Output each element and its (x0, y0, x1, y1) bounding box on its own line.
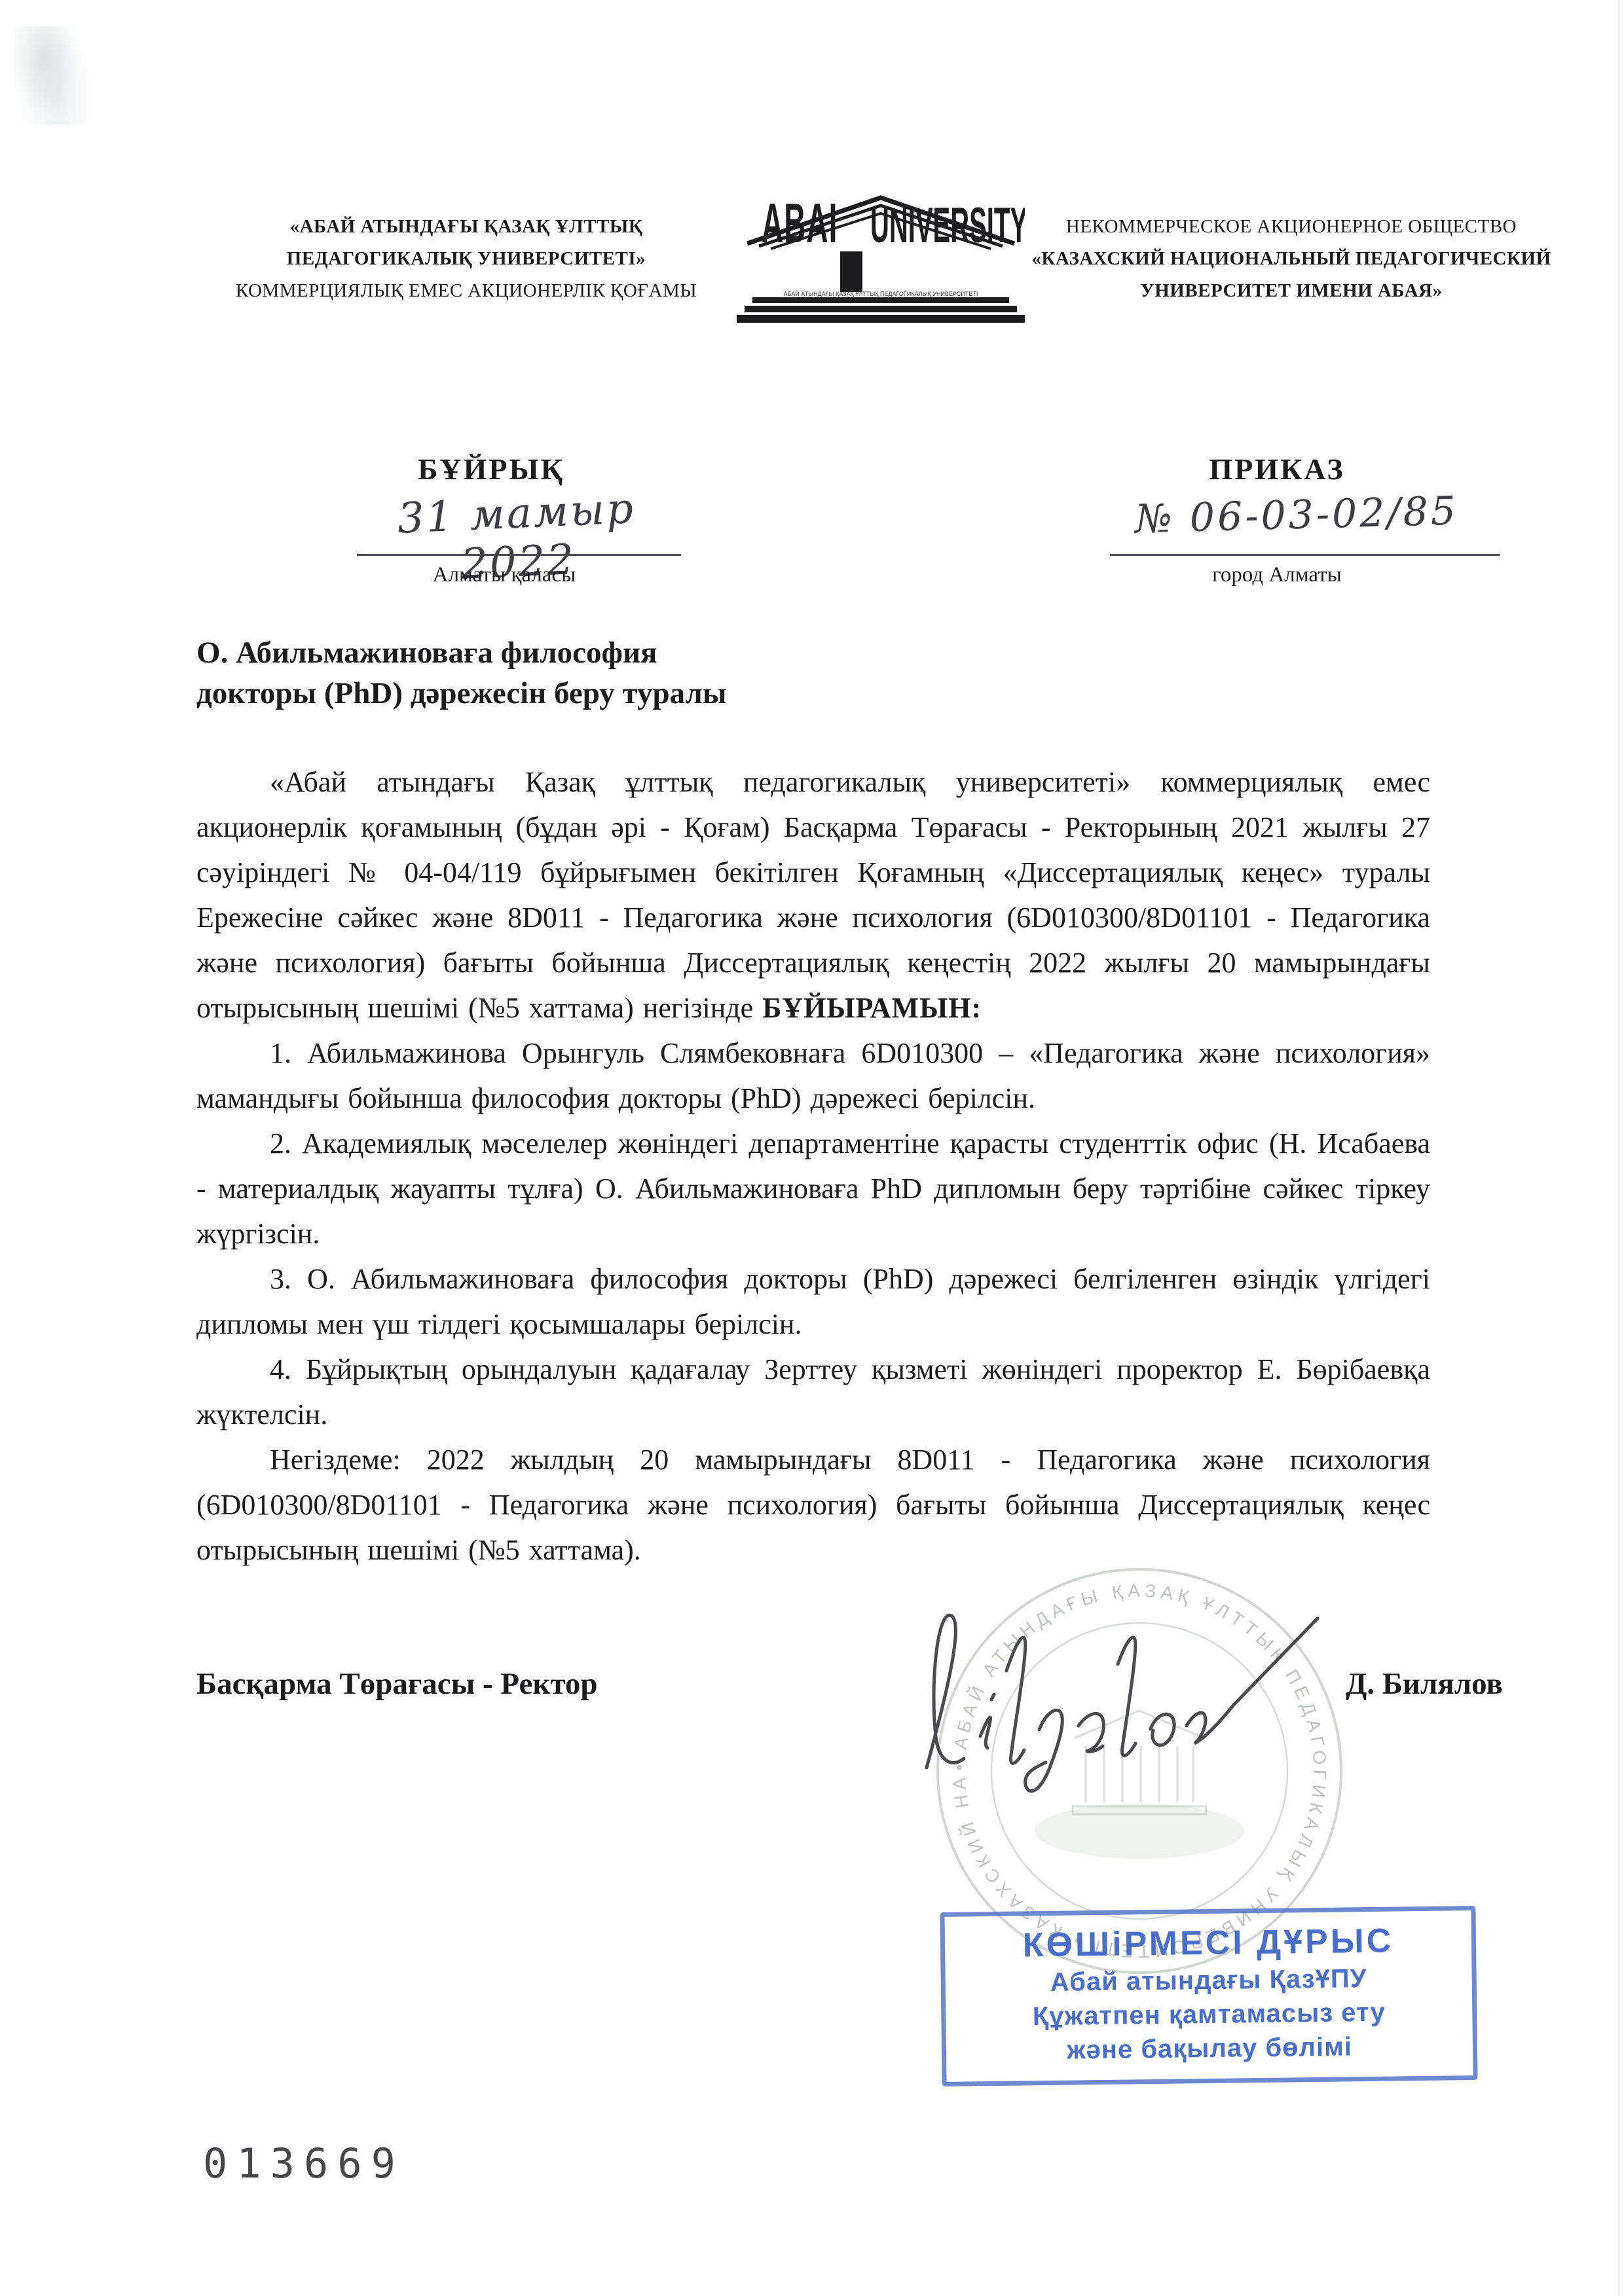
subject-line2: докторы (PhD) дәрежесін беру туралы (196, 673, 1113, 714)
certification-stamp: КӨШіРМЕСІ ДҰРЫС Абай атындағы ҚазҰПУ Құж… (940, 1906, 1477, 2086)
order-verb: БҰЙЫРАМЫН: (762, 992, 982, 1024)
logo-subtext: АБАЙ АТЫНДАҒЫ ҚАЗАҚ ҰЛТТЫҚ ПЕДАГОГИКАЛЫҚ… (784, 290, 978, 297)
order-item-2: 2. Академиялық мәселелер жөніндегі депар… (196, 1121, 1430, 1256)
signature-icon (891, 1571, 1388, 1807)
stamp-line1: КӨШіРМЕСІ ДҰРЫС (945, 1920, 1472, 1967)
form-serial-number: 013669 (203, 2140, 405, 2187)
date-underline (357, 554, 681, 556)
org-kk-line1: «АБАЙ АТЫНДАҒЫ ҚАЗАҚ ҰЛТТЫҚ (191, 211, 741, 243)
scanned-order-document: «АБАЙ АТЫНДАҒЫ ҚАЗАҚ ҰЛТТЫҚ ПЕДАГОГИКАЛЫ… (0, 0, 1624, 2296)
signer-position: Басқарма Төрағасы - Ректор (196, 1666, 598, 1702)
org-name-kazakh: «АБАЙ АТЫНДАҒЫ ҚАЗАҚ ҰЛТТЫҚ ПЕДАГОГИКАЛЫ… (191, 211, 741, 307)
org-ru-line1: НЕКОММЕРЧЕСКОЕ АКЦИОНЕРНОЕ ОБЩЕСТВО (1029, 211, 1553, 243)
subject-line1: О. Абильмажиноваға философия (196, 632, 1113, 673)
org-name-russian: НЕКОММЕРЧЕСКОЕ АКЦИОНЕРНОЕ ОБЩЕСТВО «КАЗ… (1029, 211, 1553, 307)
logo-word-abai: ABAI (762, 192, 838, 255)
order-body: «Абай атындағы Қазақ ұлттық педагогикалы… (196, 759, 1430, 1573)
city-kazakh: Алматы қаласы (327, 563, 681, 587)
order-title-kazakh: БҰЙРЫҚ (327, 452, 655, 486)
preamble-paragraph: «Абай атындағы Қазақ ұлттық педагогикалы… (196, 759, 1430, 1030)
number-underline (1110, 554, 1500, 556)
org-ru-line2: «КАЗАХСКИЙ НАЦИОНАЛЬНЫЙ ПЕДАГОГИЧЕСКИЙ (1029, 243, 1553, 275)
city-russian: город Алматы (1113, 563, 1441, 587)
org-kk-line3: КОММЕРЦИЯЛЫҚ ЕМЕС АКЦИОНЕРЛІК ҚОҒАМЫ (191, 275, 741, 307)
scan-edge-shadow (1617, 0, 1620, 2296)
order-subject: О. Абильмажиноваға философия докторы (Ph… (196, 632, 1113, 714)
logo-word-university: UNIVERSITY (870, 197, 1025, 253)
org-kk-line2: ПЕДАГОГИКАЛЫҚ УНИВЕРСИТЕТІ» (191, 243, 741, 275)
order-item-3: 3. О. Абильмажиноваға философия докторы … (196, 1256, 1430, 1347)
university-logo-icon: ABAI UNIVERSITY АБАЙ АТЫНДАҒЫ ҚАЗАҚ ҰЛТТ… (737, 189, 1025, 333)
preamble-text: «Абай атындағы Қазақ ұлттық педагогикалы… (196, 766, 1430, 1024)
stamp-line4: және бақылау бөлімі (946, 2028, 1473, 2069)
org-ru-line3: УНИВЕРСИТЕТ ИМЕНИ АБАЯ» (1029, 275, 1553, 307)
order-title-russian: ПРИКАЗ (1113, 452, 1441, 486)
scan-artifact-smudge (14, 26, 86, 124)
order-item-4: 4. Бұйрықтың орындалуын қадағалау Зертте… (196, 1347, 1430, 1437)
order-item-1: 1. Абильмажинова Орынгуль Слямбековнаға … (196, 1030, 1430, 1121)
handwritten-order-number: № 06-03-02/85 (1073, 486, 1520, 544)
